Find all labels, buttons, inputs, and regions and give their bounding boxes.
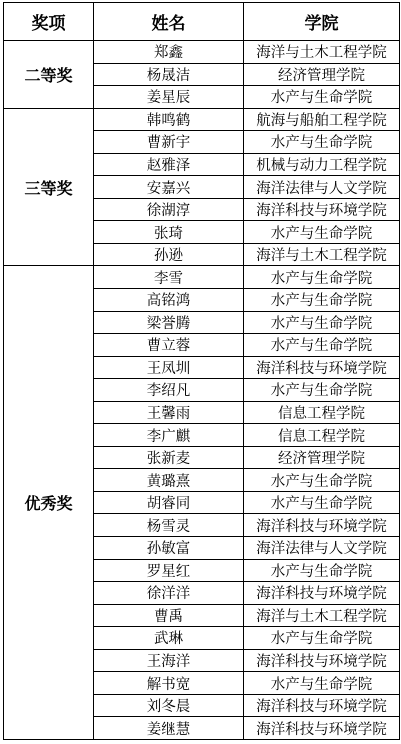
name-cell: 李绍凡 [94,379,244,402]
college-cell: 经济管理学院 [244,446,400,469]
college-cell: 水产与生命学院 [244,559,400,582]
column-header-award: 奖项 [4,3,94,41]
college-cell: 信息工程学院 [244,424,400,447]
college-cell: 海洋科技与环境学院 [244,198,400,221]
name-cell: 李雪 [94,266,244,289]
name-cell: 罗星红 [94,559,244,582]
name-cell: 梁誉腾 [94,311,244,334]
award-group-cell: 优秀奖 [4,266,94,740]
name-cell: 张琦 [94,221,244,244]
college-cell: 海洋科技与环境学院 [244,582,400,605]
college-cell: 经济管理学院 [244,63,400,86]
college-cell: 海洋法律与人文学院 [244,176,400,199]
college-cell: 水产与生命学院 [244,469,400,492]
name-cell: 李广麒 [94,424,244,447]
name-cell: 安嘉兴 [94,176,244,199]
name-cell: 徐湖淳 [94,198,244,221]
college-cell: 水产与生命学院 [244,379,400,402]
college-cell: 海洋与土木工程学院 [244,41,400,64]
college-cell: 海洋科技与环境学院 [244,356,400,379]
name-cell: 韩鸣鹤 [94,108,244,131]
award-table: 奖项 姓名 学院 二等奖郑鑫海洋与土木工程学院杨晟洁经济管理学院姜星辰水产与生命… [3,2,400,740]
name-cell: 张新麦 [94,446,244,469]
name-cell: 杨晟洁 [94,63,244,86]
name-cell: 刘冬晨 [94,694,244,717]
name-cell: 王馨雨 [94,401,244,424]
name-cell: 胡睿同 [94,491,244,514]
college-cell: 水产与生命学院 [244,311,400,334]
name-cell: 高铭鸿 [94,289,244,312]
college-cell: 海洋科技与环境学院 [244,649,400,672]
name-cell: 黄璐熹 [94,469,244,492]
name-cell: 徐洋洋 [94,582,244,605]
college-cell: 海洋科技与环境学院 [244,514,400,537]
name-cell: 王凤圳 [94,356,244,379]
college-cell: 水产与生命学院 [244,672,400,695]
name-cell: 姜星辰 [94,86,244,109]
college-cell: 海洋科技与环境学院 [244,717,400,740]
college-cell: 信息工程学院 [244,401,400,424]
college-cell: 海洋科技与环境学院 [244,694,400,717]
name-cell: 杨雪灵 [94,514,244,537]
name-cell: 解书宽 [94,672,244,695]
name-cell: 赵雅泽 [94,153,244,176]
name-cell: 武琳 [94,627,244,650]
name-cell: 郑鑫 [94,41,244,64]
name-cell: 孙敏富 [94,537,244,560]
name-cell: 姜继慧 [94,717,244,740]
name-cell: 王海洋 [94,649,244,672]
table-row: 二等奖郑鑫海洋与土木工程学院 [4,41,400,64]
college-cell: 水产与生命学院 [244,86,400,109]
college-cell: 机械与动力工程学院 [244,153,400,176]
column-header-college: 学院 [244,3,400,41]
college-cell: 水产与生命学院 [244,221,400,244]
award-group-cell: 二等奖 [4,41,94,109]
college-cell: 水产与生命学院 [244,131,400,154]
college-cell: 海洋与土木工程学院 [244,243,400,266]
column-header-name: 姓名 [94,3,244,41]
college-cell: 海洋法律与人文学院 [244,537,400,560]
name-cell: 曹禹 [94,604,244,627]
table-row: 三等奖韩鸣鹤航海与船舶工程学院 [4,108,400,131]
name-cell: 曹新宇 [94,131,244,154]
table-row: 优秀奖李雪水产与生命学院 [4,266,400,289]
award-table-body: 二等奖郑鑫海洋与土木工程学院杨晟洁经济管理学院姜星辰水产与生命学院三等奖韩鸣鹤航… [4,41,400,740]
college-cell: 水产与生命学院 [244,627,400,650]
header-row: 奖项 姓名 学院 [4,3,400,41]
award-list-page: 奖项 姓名 学院 二等奖郑鑫海洋与土木工程学院杨晟洁经济管理学院姜星辰水产与生命… [0,0,401,744]
college-cell: 海洋与土木工程学院 [244,604,400,627]
college-cell: 水产与生命学院 [244,289,400,312]
college-cell: 航海与船舶工程学院 [244,108,400,131]
college-cell: 水产与生命学院 [244,266,400,289]
college-cell: 水产与生命学院 [244,334,400,357]
award-group-cell: 三等奖 [4,108,94,266]
college-cell: 水产与生命学院 [244,491,400,514]
name-cell: 曹立蓉 [94,334,244,357]
name-cell: 孙逊 [94,243,244,266]
